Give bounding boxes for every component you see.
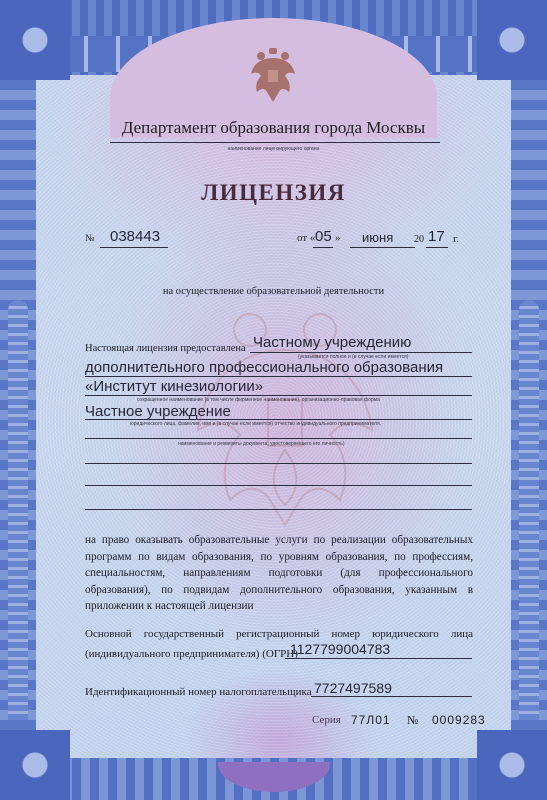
date-day: 05 [315, 228, 332, 245]
corner-ornament-bottom-right [477, 730, 547, 800]
date-year: 17 [428, 228, 445, 245]
ogrn-label-line-1: Основной государственный регистрационный… [85, 628, 473, 640]
document-title: ЛИЦЕНЗИЯ [0, 180, 547, 206]
activity-type: на осуществление образовательной деятель… [0, 286, 547, 297]
licensee-line-1: Частному учреждению [253, 334, 411, 351]
blank-line-1 [85, 463, 472, 464]
russian-double-headed-eagle-icon [247, 46, 299, 104]
licensee-line-4-underline [85, 419, 472, 420]
ogrn-label-line-2: (индивидуального предпринимателя) (ОГРН) [85, 648, 298, 660]
issuing-authority: Департамент образования города Москвы [0, 118, 547, 138]
corner-ornament-top-right [477, 0, 547, 80]
issuer-underline [110, 142, 440, 143]
licensee-line-2: дополнительного профессионального образо… [85, 359, 443, 376]
inn-label: Идентификационный номер налогоплательщик… [85, 686, 312, 698]
day-underline [313, 247, 333, 248]
series-value: 77Л01 [351, 713, 391, 727]
number-underline [100, 247, 168, 248]
series-label: Серия [312, 714, 341, 726]
licensee-line-3-underline [85, 395, 472, 396]
corner-ornament-bottom-left [0, 730, 70, 800]
license-number: 038443 [110, 228, 160, 245]
ogrn-underline [285, 658, 472, 659]
blank-line-2 [85, 485, 472, 486]
year-underline [426, 247, 448, 248]
ogrn-value: 1127799004783 [290, 641, 390, 657]
licensee-line-2-underline [85, 376, 472, 377]
inn-value: 7727497589 [314, 680, 392, 696]
licensee-line-3: «Институт кинезиологии» [85, 378, 263, 395]
series-number: 0009283 [432, 713, 486, 727]
licensee-line-4-caption: юридического лица, фамилия, имя и (в слу… [130, 421, 381, 427]
month-underline [350, 247, 415, 248]
licensee-line-5-caption: наименование и реквизиты документа, удос… [178, 441, 345, 447]
licensee-line-4: Частное учреждение [85, 403, 231, 420]
corner-ornament-top-left [0, 0, 70, 80]
issuer-caption: наименование лицензирующего органа [0, 146, 547, 152]
number-prefix: № [85, 233, 95, 244]
inn-underline [311, 696, 472, 697]
date-year-prefix: 20 [414, 234, 424, 245]
series-number-label: № [407, 713, 418, 728]
date-year-mark: г. [453, 233, 459, 245]
licensee-line-5-underline [85, 438, 472, 439]
rights-paragraph: на право оказывать образовательные услуг… [85, 532, 473, 615]
licensee-line-1-underline [250, 352, 472, 353]
date-prefix: от « [297, 232, 315, 244]
granted-to-label: Настоящая лицензия предоставлена [85, 343, 246, 354]
blank-line-3 [85, 509, 472, 510]
date-day-close: » [335, 232, 341, 244]
license-document: Департамент образования города Москвы на… [0, 0, 547, 800]
date-month: июня [362, 230, 393, 245]
